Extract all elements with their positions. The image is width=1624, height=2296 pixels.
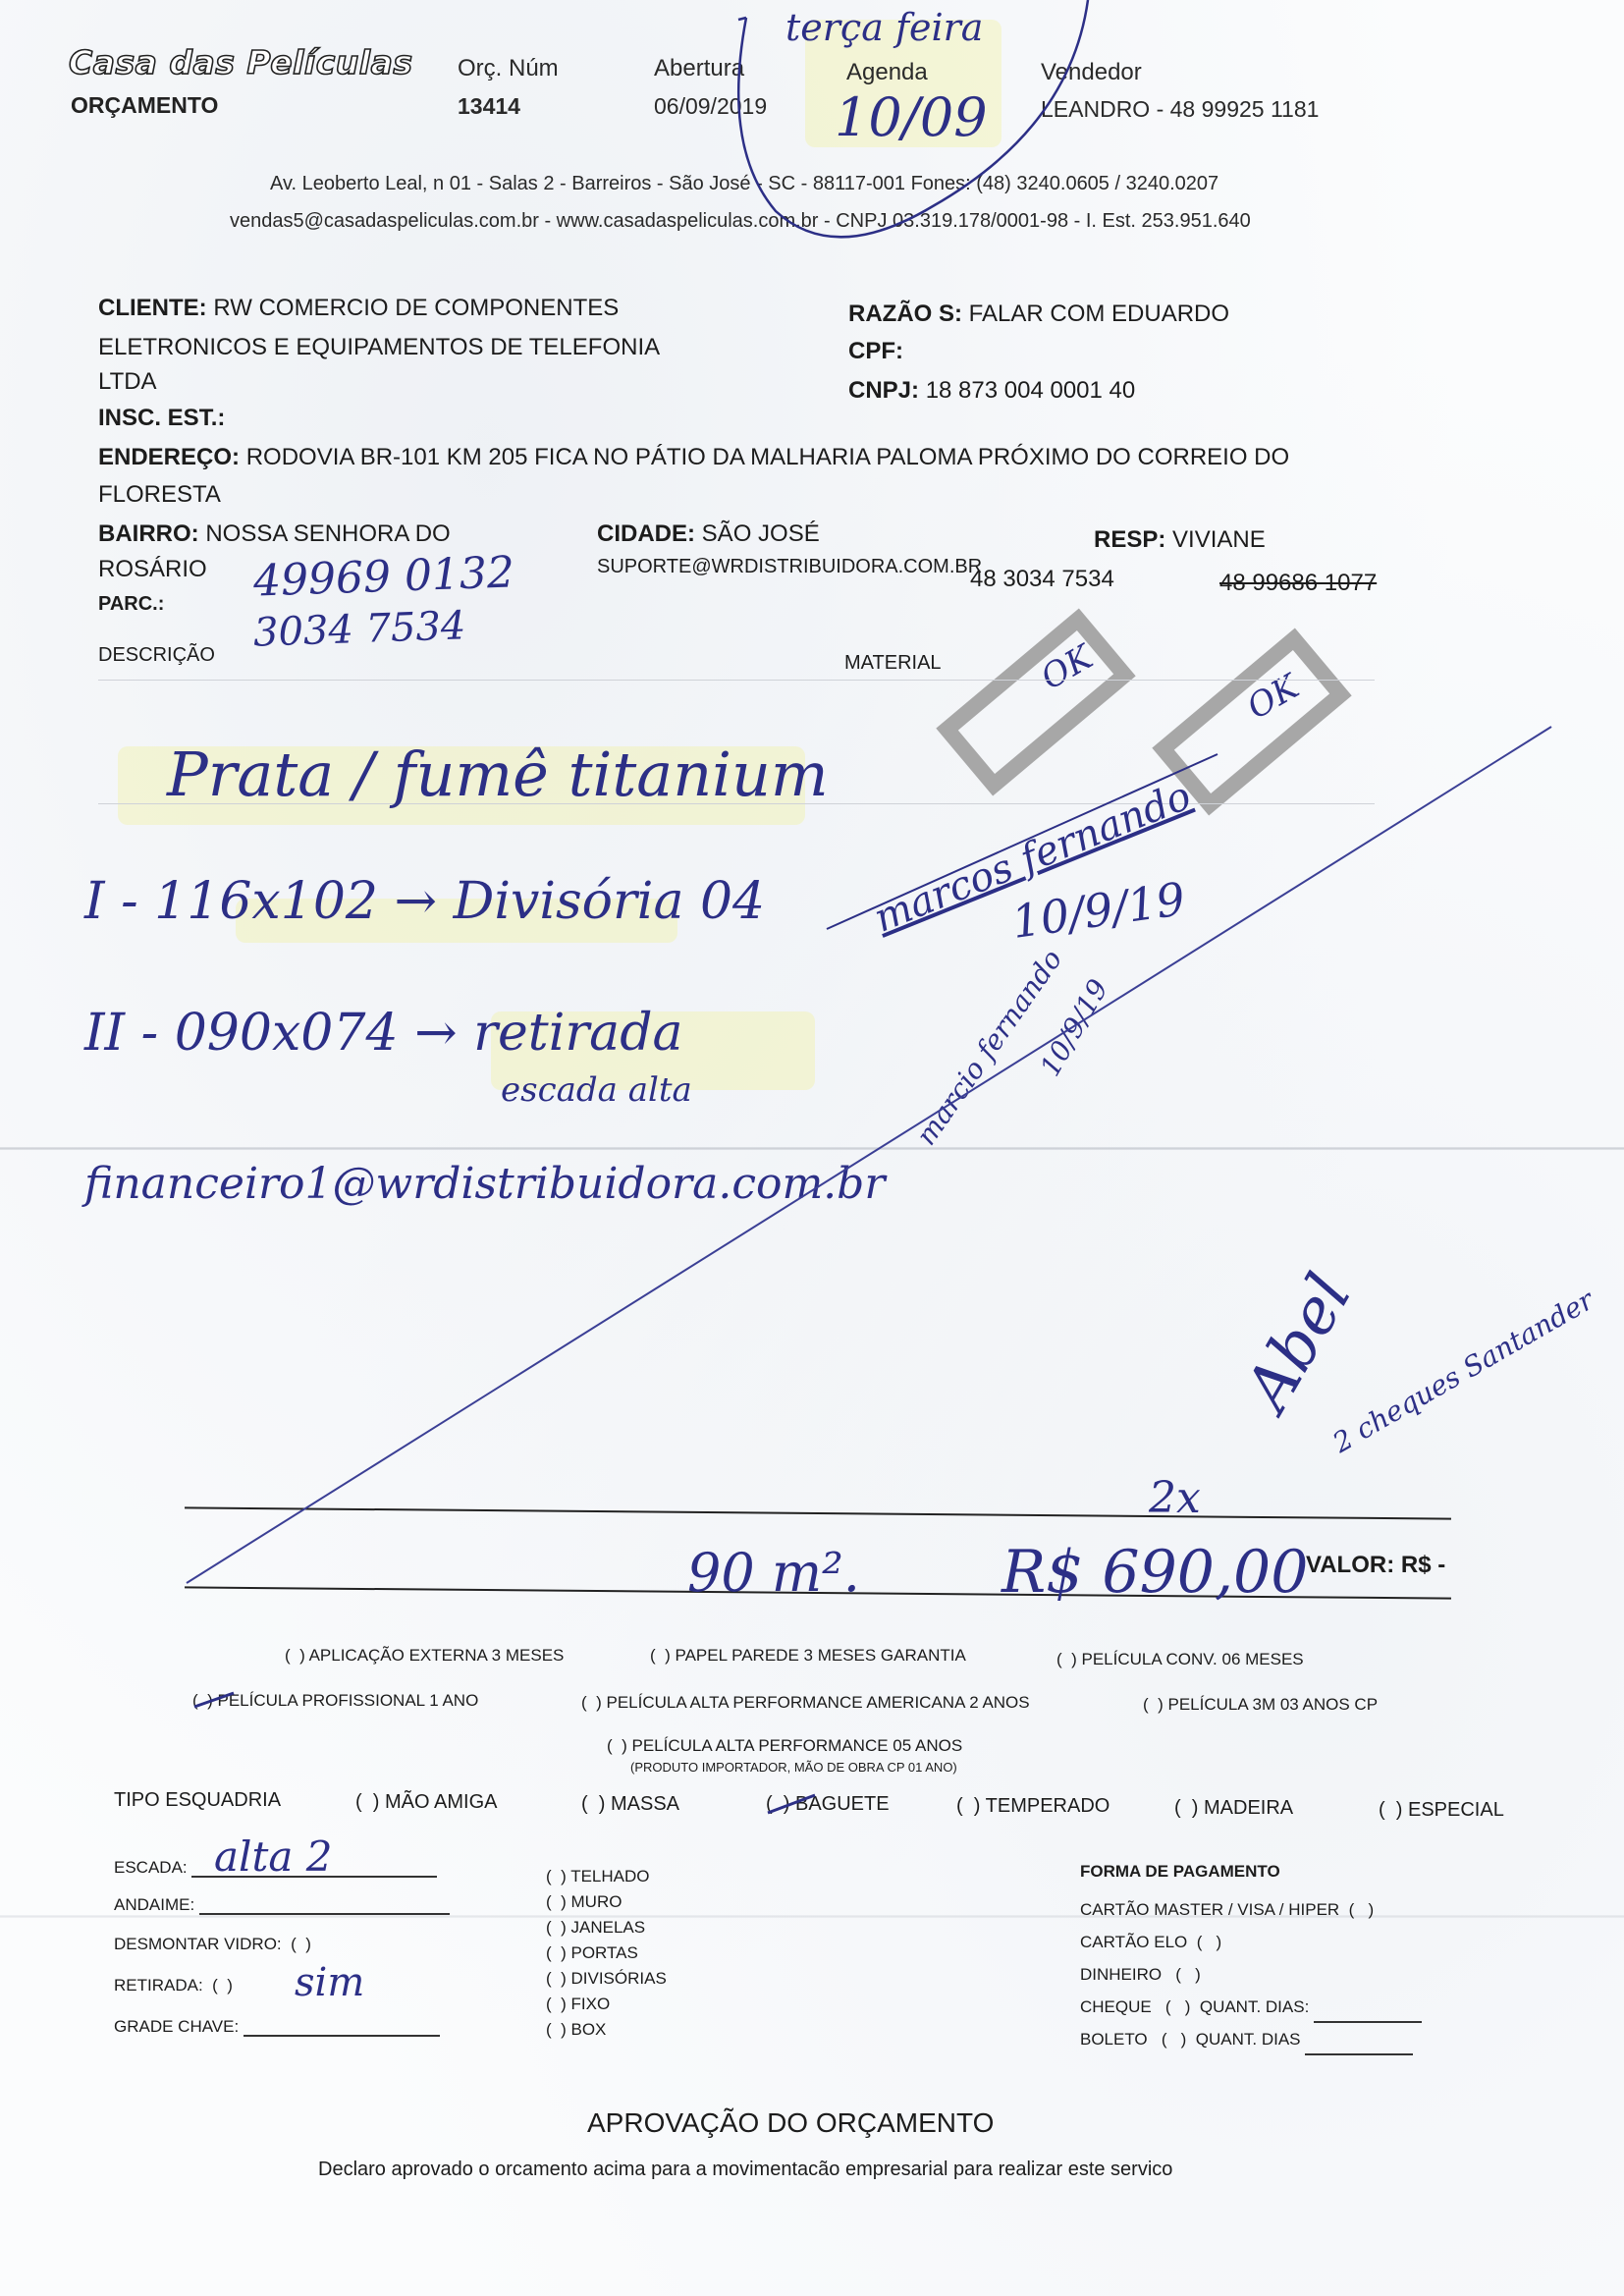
andaime-field[interactable]: ANDAIME:	[114, 1893, 450, 1915]
phone-handwritten-1: 49969 0132	[252, 547, 515, 606]
endereco-line2: FLORESTA	[98, 481, 221, 509]
payment-list: CARTÃO MASTER / VISA / HIPER ( ) CARTÃO …	[1080, 1893, 1422, 2055]
location-label: MURO	[571, 1892, 623, 1911]
desmontar-label: DESMONTAR VIDRO:	[114, 1935, 282, 1953]
esquadria-baguete[interactable]: ( ) BAGUETE	[766, 1793, 890, 1816]
vendedor-value: LEANDRO - 48 99925 1181	[1041, 96, 1319, 123]
retirada-label: RETIRADA:	[114, 1976, 203, 1995]
bairro-line1: NOSSA SENHORA DO	[205, 520, 450, 547]
retirada-field[interactable]: RETIRADA: ( )	[114, 1976, 233, 1995]
payment-boleto[interactable]: BOLETO ( ) QUANT. DIAS	[1080, 2023, 1422, 2055]
material-label: MATERIAL	[844, 652, 942, 675]
option-pelicula-conv[interactable]: ( ) PELÍCULA CONV. 06 MESES	[1056, 1650, 1304, 1669]
option-label: PELÍCULA PROFISSIONAL 1 ANO	[218, 1691, 479, 1710]
option-label: PELÍCULA ALTA PERFORMANCE AMERICANA 2 AN…	[607, 1693, 1030, 1712]
cnpj-field: CNPJ: 18 873 004 0001 40	[848, 377, 1135, 405]
payment-title: FORMA DE PAGAMENTO	[1080, 1862, 1280, 1882]
location-telhado[interactable]: ( ) TELHADO	[546, 1864, 667, 1889]
location-label: TELHADO	[570, 1867, 649, 1886]
grade-label: GRADE CHAVE:	[114, 2017, 239, 2036]
endereco-field: ENDEREÇO: RODOVIA BR-101 KM 205 FICA NO …	[98, 444, 1289, 471]
valor-handwritten: R$ 690,00	[1001, 1538, 1308, 1607]
insc-est-label: INSC. EST.:	[98, 405, 225, 432]
cliente-label: CLIENTE:	[98, 295, 207, 321]
cnpj-label: CNPJ:	[848, 377, 919, 404]
option-pelicula-3m[interactable]: ( ) PELÍCULA 3M 03 ANOS CP	[1143, 1695, 1378, 1715]
location-label: FIXO	[571, 1995, 611, 2013]
desc-line-1: Prata / fumê titanium	[167, 738, 829, 810]
location-janelas[interactable]: ( ) JANELAS	[546, 1915, 667, 1941]
endereco-line1: RODOVIA BR-101 KM 205 FICA NO PÁTIO DA M…	[246, 444, 1289, 470]
resp-field: RESP: VIVIANE	[1094, 526, 1266, 554]
cliente-field: CLIENTE: RW COMERCIO DE COMPONENTES	[98, 295, 619, 322]
signature-3: Abel	[1231, 1262, 1366, 1422]
phone-handwritten-2: 3034 7534	[252, 603, 466, 656]
cliente-name-line2: ELETRONICOS E EQUIPAMENTOS DE TELEFONIA	[98, 334, 660, 361]
desc-line-4: escada alta	[501, 1070, 692, 1110]
esquadria-item-label: MÃO AMIGA	[385, 1791, 497, 1813]
payment-cheque[interactable]: CHEQUE ( ) QUANT. DIAS:	[1080, 1991, 1422, 2023]
razao-field: RAZÃO S: FALAR COM EDUARDO	[848, 301, 1229, 328]
esquadria-item-label: MADEIRA	[1204, 1797, 1293, 1819]
location-box[interactable]: ( ) BOX	[546, 2017, 667, 2043]
option-label: PELÍCULA CONV. 06 MESES	[1082, 1650, 1304, 1668]
doc-type: ORÇAMENTO	[71, 92, 218, 119]
cidade-value: SÃO JOSÉ	[702, 520, 820, 547]
location-muro[interactable]: ( ) MURO	[546, 1889, 667, 1915]
cliente-name-line1: RW COMERCIO DE COMPONENTES	[213, 295, 619, 321]
desmontar-vidro-field[interactable]: DESMONTAR VIDRO: ( )	[114, 1935, 311, 1954]
grade-chave-field[interactable]: GRADE CHAVE:	[114, 2015, 440, 2037]
quant-dias-label: QUANT. DIAS:	[1200, 1997, 1309, 2016]
payment-label: CARTÃO ELO	[1080, 1933, 1187, 1951]
endereco-label: ENDEREÇO:	[98, 444, 240, 470]
cliente-name-line3: LTDA	[98, 368, 157, 396]
location-portas[interactable]: ( ) PORTAS	[546, 1941, 667, 1966]
brand-logo: Casa das Películas	[69, 43, 413, 82]
agenda-note-handwritten: terça feira	[785, 6, 983, 49]
location-list: ( ) TELHADO ( ) MURO ( ) JANELAS ( ) POR…	[546, 1864, 667, 2043]
location-label: BOX	[571, 2020, 607, 2039]
bairro-label: BAIRRO:	[98, 520, 199, 547]
cnpj-value: 18 873 004 0001 40	[926, 377, 1136, 404]
andaime-label: ANDAIME:	[114, 1895, 194, 1914]
escada-value-handwritten: alta 2	[214, 1832, 332, 1881]
descricao-label: DESCRIÇÃO	[98, 644, 215, 667]
ruled-line	[98, 680, 1375, 681]
desc-line-3: II - 090x074 → retirada	[84, 1004, 682, 1063]
option-pelicula-profissional[interactable]: ( ) PELÍCULA PROFISSIONAL 1 ANO	[192, 1691, 478, 1711]
approval-title: APROVAÇÃO DO ORÇAMENTO	[587, 2107, 994, 2139]
parc-label: PARC.:	[98, 593, 164, 616]
valor-label: VALOR: R$ -	[1306, 1552, 1445, 1579]
option-label: PELÍCULA ALTA PERFORMANCE 05 ANOS	[632, 1736, 963, 1755]
esquadria-temperado[interactable]: ( ) TEMPERADO	[956, 1795, 1110, 1818]
client-email: SUPORTE@WRDISTRIBUIDORA.COM.BR	[597, 556, 982, 578]
esquadria-item-label: BAGUETE	[795, 1793, 890, 1815]
option-pelicula-americana[interactable]: ( ) PELÍCULA ALTA PERFORMANCE AMERICANA …	[581, 1693, 1030, 1713]
company-contact: vendas5@casadaspeliculas.com.br - www.ca…	[230, 210, 1251, 233]
installments-handwritten: 2x	[1149, 1473, 1201, 1523]
esquadria-especial[interactable]: ( ) ESPECIAL	[1379, 1799, 1504, 1822]
escada-label: ESCADA:	[114, 1858, 188, 1877]
vendedor-label: Vendedor	[1041, 59, 1142, 86]
location-label: JANELAS	[571, 1918, 646, 1937]
resp-label: RESP:	[1094, 526, 1165, 553]
payment-label: DINHEIRO	[1080, 1965, 1162, 1984]
payment-card[interactable]: CARTÃO MASTER / VISA / HIPER ( )	[1080, 1893, 1422, 1926]
stamp-box	[936, 608, 1135, 795]
payment-label: CARTÃO MASTER / VISA / HIPER	[1080, 1900, 1339, 1919]
option-pelicula-alta-05-sub: (PRODUTO IMPORTADOR, MÃO DE OBRA CP 01 A…	[630, 1760, 957, 1775]
agenda-label: Agenda	[846, 59, 928, 86]
location-divisorias[interactable]: ( ) DIVISÓRIAS	[546, 1966, 667, 1992]
cpf-label: CPF:	[848, 338, 903, 365]
option-label: APLICAÇÃO EXTERNA 3 MESES	[309, 1646, 565, 1665]
option-pelicula-alta-05[interactable]: ( ) PELÍCULA ALTA PERFORMANCE 05 ANOS	[607, 1736, 962, 1756]
desc-line-5: financeiro1@wrdistribuidora.com.br	[84, 1159, 885, 1209]
payment-label: CHEQUE	[1080, 1997, 1152, 2016]
payment-cash[interactable]: DINHEIRO ( )	[1080, 1958, 1422, 1991]
bairro-line2: ROSÁRIO	[98, 556, 207, 583]
client-phone-1: 48 3034 7534	[970, 566, 1114, 593]
esquadria-mao-amiga[interactable]: ( ) MÃO AMIGA	[355, 1791, 497, 1814]
option-aplicacao-externa[interactable]: ( ) APLICAÇÃO EXTERNA 3 MESES	[285, 1646, 564, 1666]
option-papel-parede[interactable]: ( ) PAPEL PAREDE 3 MESES GARANTIA	[650, 1646, 966, 1666]
option-label: PAPEL PAREDE 3 MESES GARANTIA	[676, 1646, 966, 1665]
area-handwritten: 90 m².	[687, 1542, 860, 1604]
esquadria-item-label: ESPECIAL	[1408, 1799, 1504, 1821]
desc-line-2: I - 116x102 → Divisória 04	[84, 872, 765, 931]
esquadria-massa[interactable]: ( ) MASSA	[581, 1793, 679, 1816]
payment-label: BOLETO	[1080, 2030, 1148, 2049]
location-fixo[interactable]: ( ) FIXO	[546, 1992, 667, 2017]
client-phone-2-struck: 48 99686 1077	[1219, 570, 1377, 597]
esquadria-item-label: MASSA	[611, 1793, 679, 1815]
divider-line	[185, 1506, 1451, 1519]
paper-fold	[0, 1147, 1624, 1150]
location-label: PORTAS	[571, 1943, 638, 1962]
orc-num: 13414	[458, 93, 520, 120]
esquadria-label: TIPO ESQUADRIA	[114, 1789, 281, 1812]
orc-num-label: Orç. Núm	[458, 55, 559, 82]
cidade-label: CIDADE:	[597, 520, 695, 547]
cidade-field: CIDADE: SÃO JOSÉ	[597, 520, 820, 548]
abertura-date: 06/09/2019	[654, 93, 767, 120]
bairro-field: BAIRRO: NOSSA SENHORA DO	[98, 520, 451, 548]
abertura-label: Abertura	[654, 55, 744, 82]
location-label: DIVISÓRIAS	[571, 1969, 667, 1988]
esquadria-item-label: TEMPERADO	[986, 1795, 1110, 1817]
razao-label: RAZÃO S:	[848, 301, 962, 327]
company-address: Av. Leoberto Leal, n 01 - Salas 2 - Barr…	[270, 173, 1218, 195]
payment-note: 2 cheques Santander	[1327, 1284, 1599, 1459]
resp-value: VIVIANE	[1172, 526, 1266, 553]
razao-value: FALAR COM EDUARDO	[969, 301, 1229, 327]
agenda-date-handwritten: 10/09	[835, 86, 988, 148]
payment-elo[interactable]: CARTÃO ELO ( )	[1080, 1926, 1422, 1958]
retirada-value-handwritten: sim	[295, 1960, 364, 2005]
approval-text: Declaro aprovado o orcamento acima para …	[318, 2159, 1172, 2181]
esquadria-madeira[interactable]: ( ) MADEIRA	[1174, 1797, 1293, 1820]
quant-dias-label: QUANT. DIAS	[1196, 2030, 1301, 2049]
option-label: PELÍCULA 3M 03 ANOS CP	[1168, 1695, 1379, 1714]
signature-1-date: 10/9/19	[1008, 872, 1188, 949]
